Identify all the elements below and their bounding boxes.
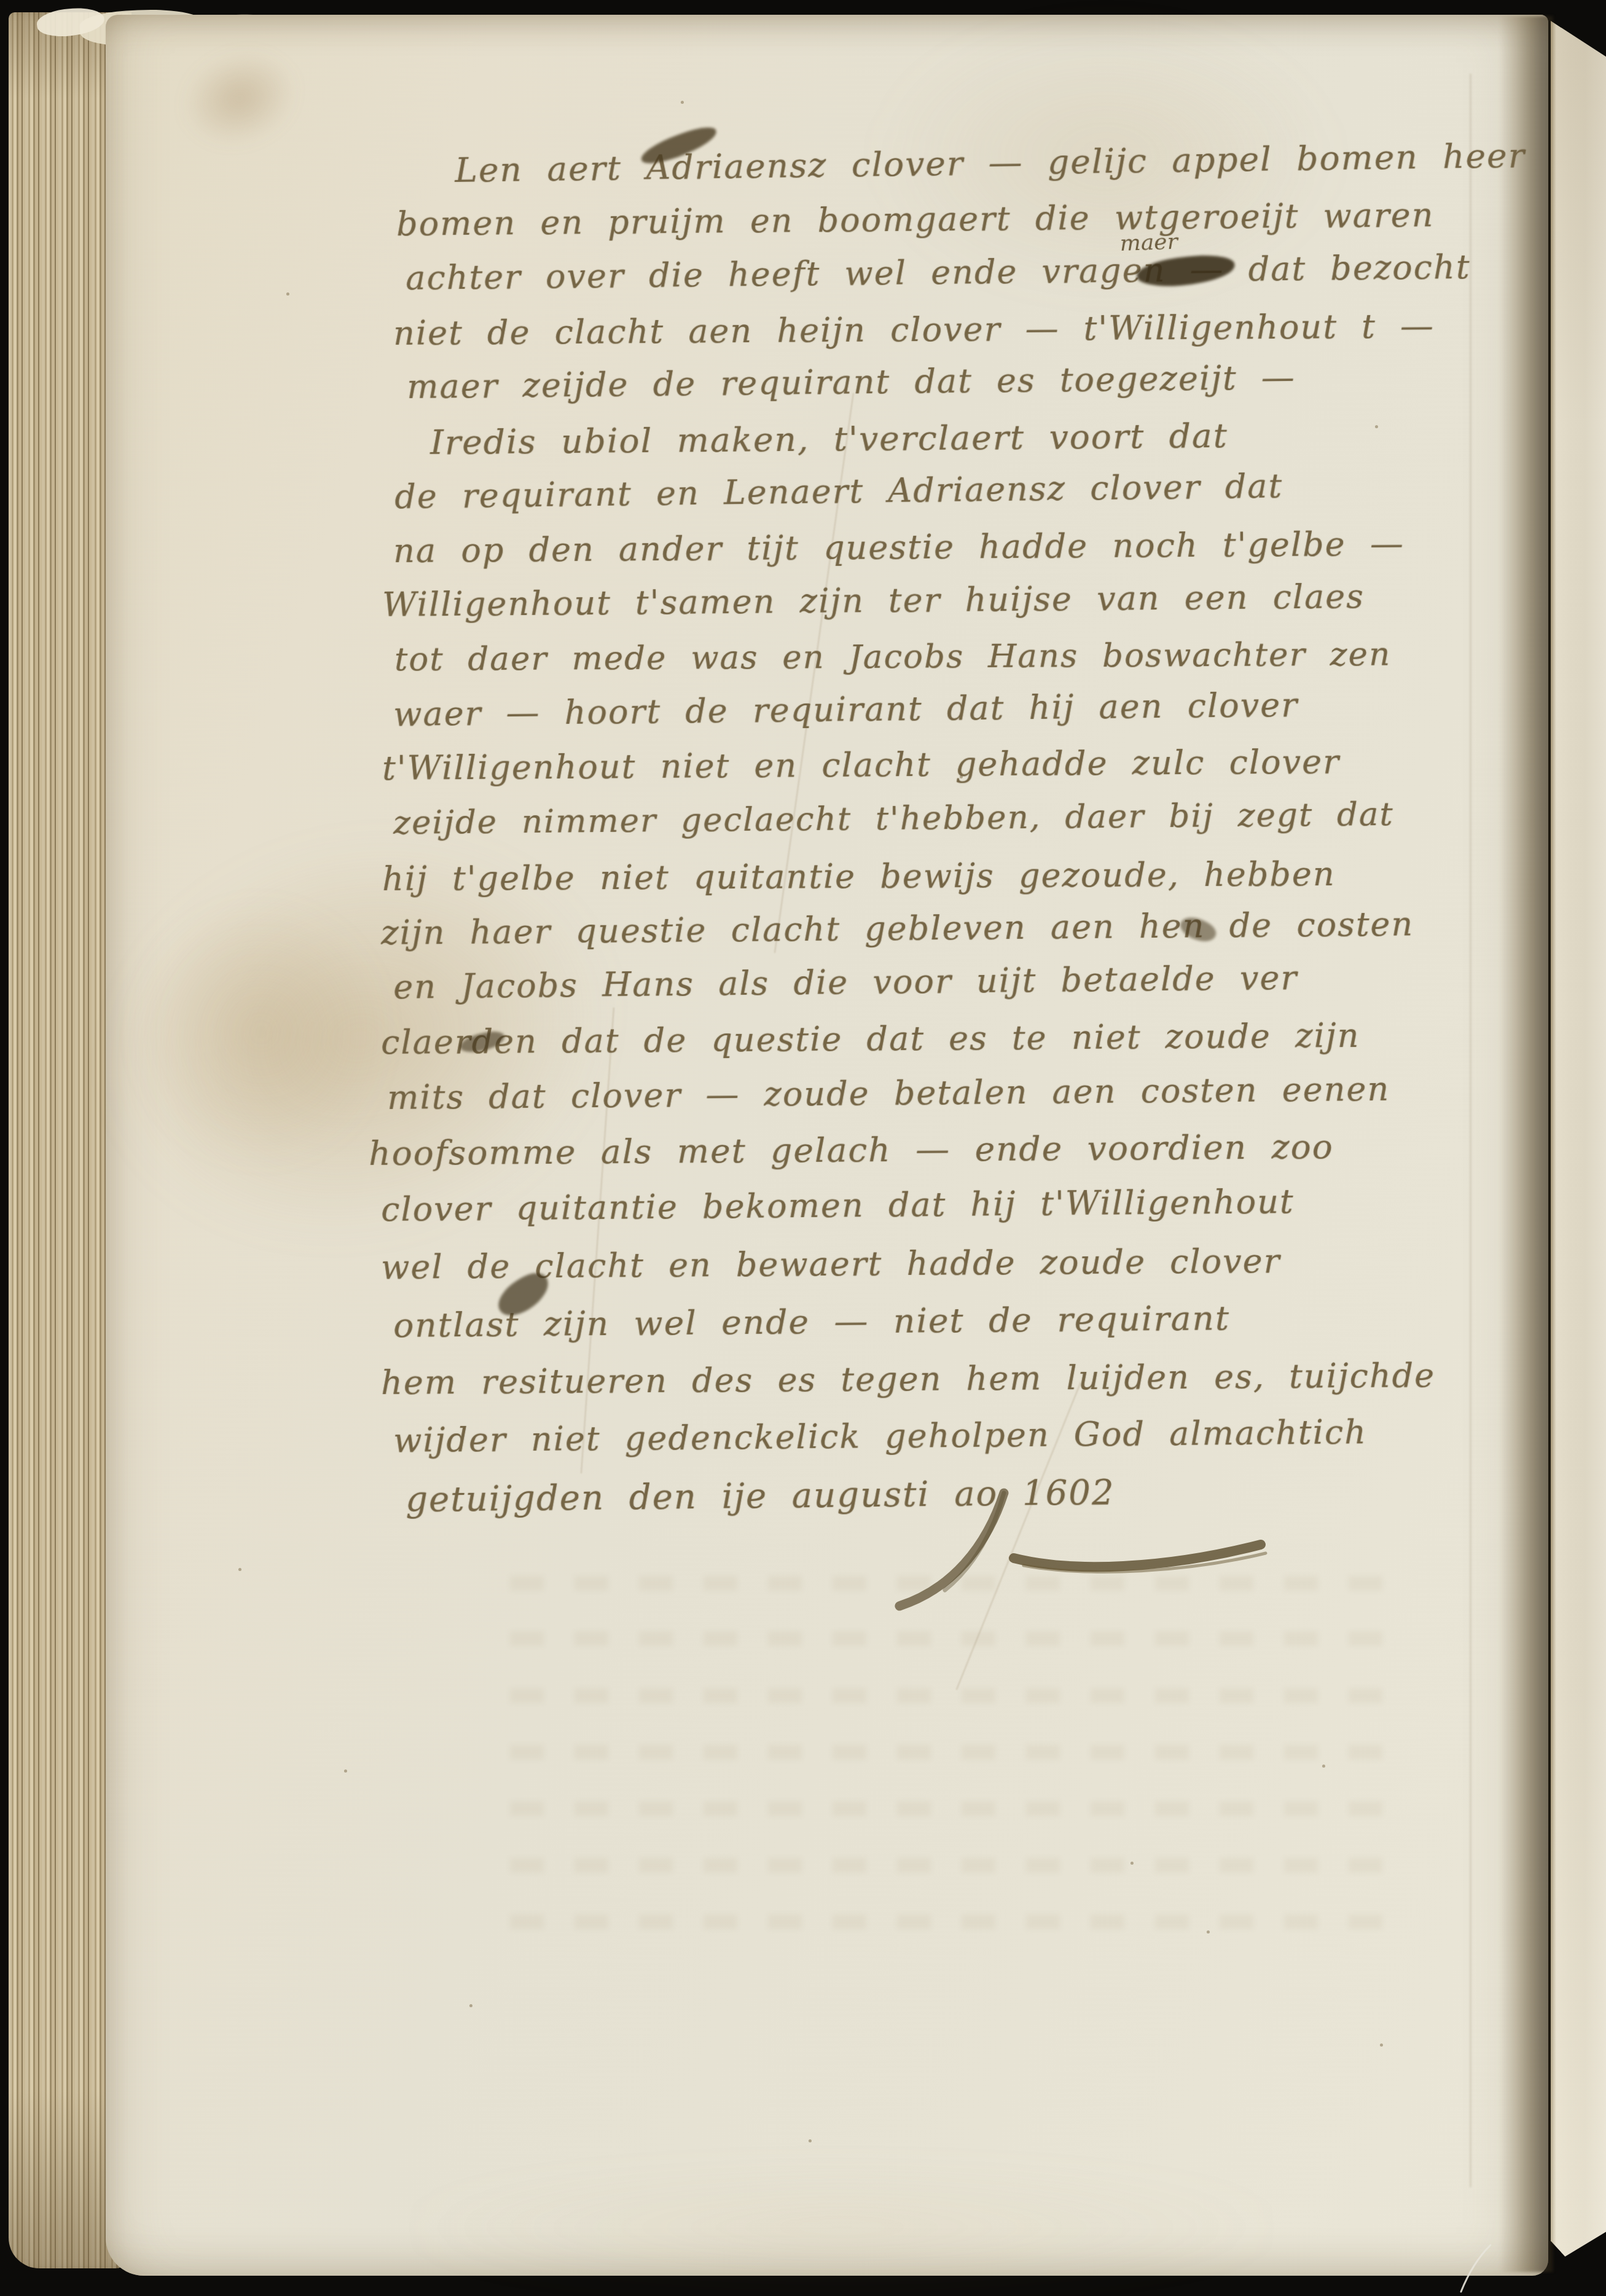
- loose-thread: [1454, 2241, 1497, 2294]
- date-underline-flourish: [1005, 1526, 1269, 1575]
- ink-blot: [1135, 253, 1236, 289]
- ink-blot: [638, 122, 720, 169]
- ink-blot: [458, 1029, 506, 1056]
- ink-blot: [1177, 912, 1220, 947]
- facing-page-sliver: [1551, 21, 1606, 2261]
- artifact-layer: [0, 0, 1606, 2296]
- archival-photo-scene: Len aert Adriaensz clover — gelijc appel…: [0, 0, 1606, 2296]
- gutter-shadow: [1499, 16, 1553, 2272]
- ink-blot: [492, 1266, 556, 1322]
- descender-swash: [883, 1486, 1013, 1618]
